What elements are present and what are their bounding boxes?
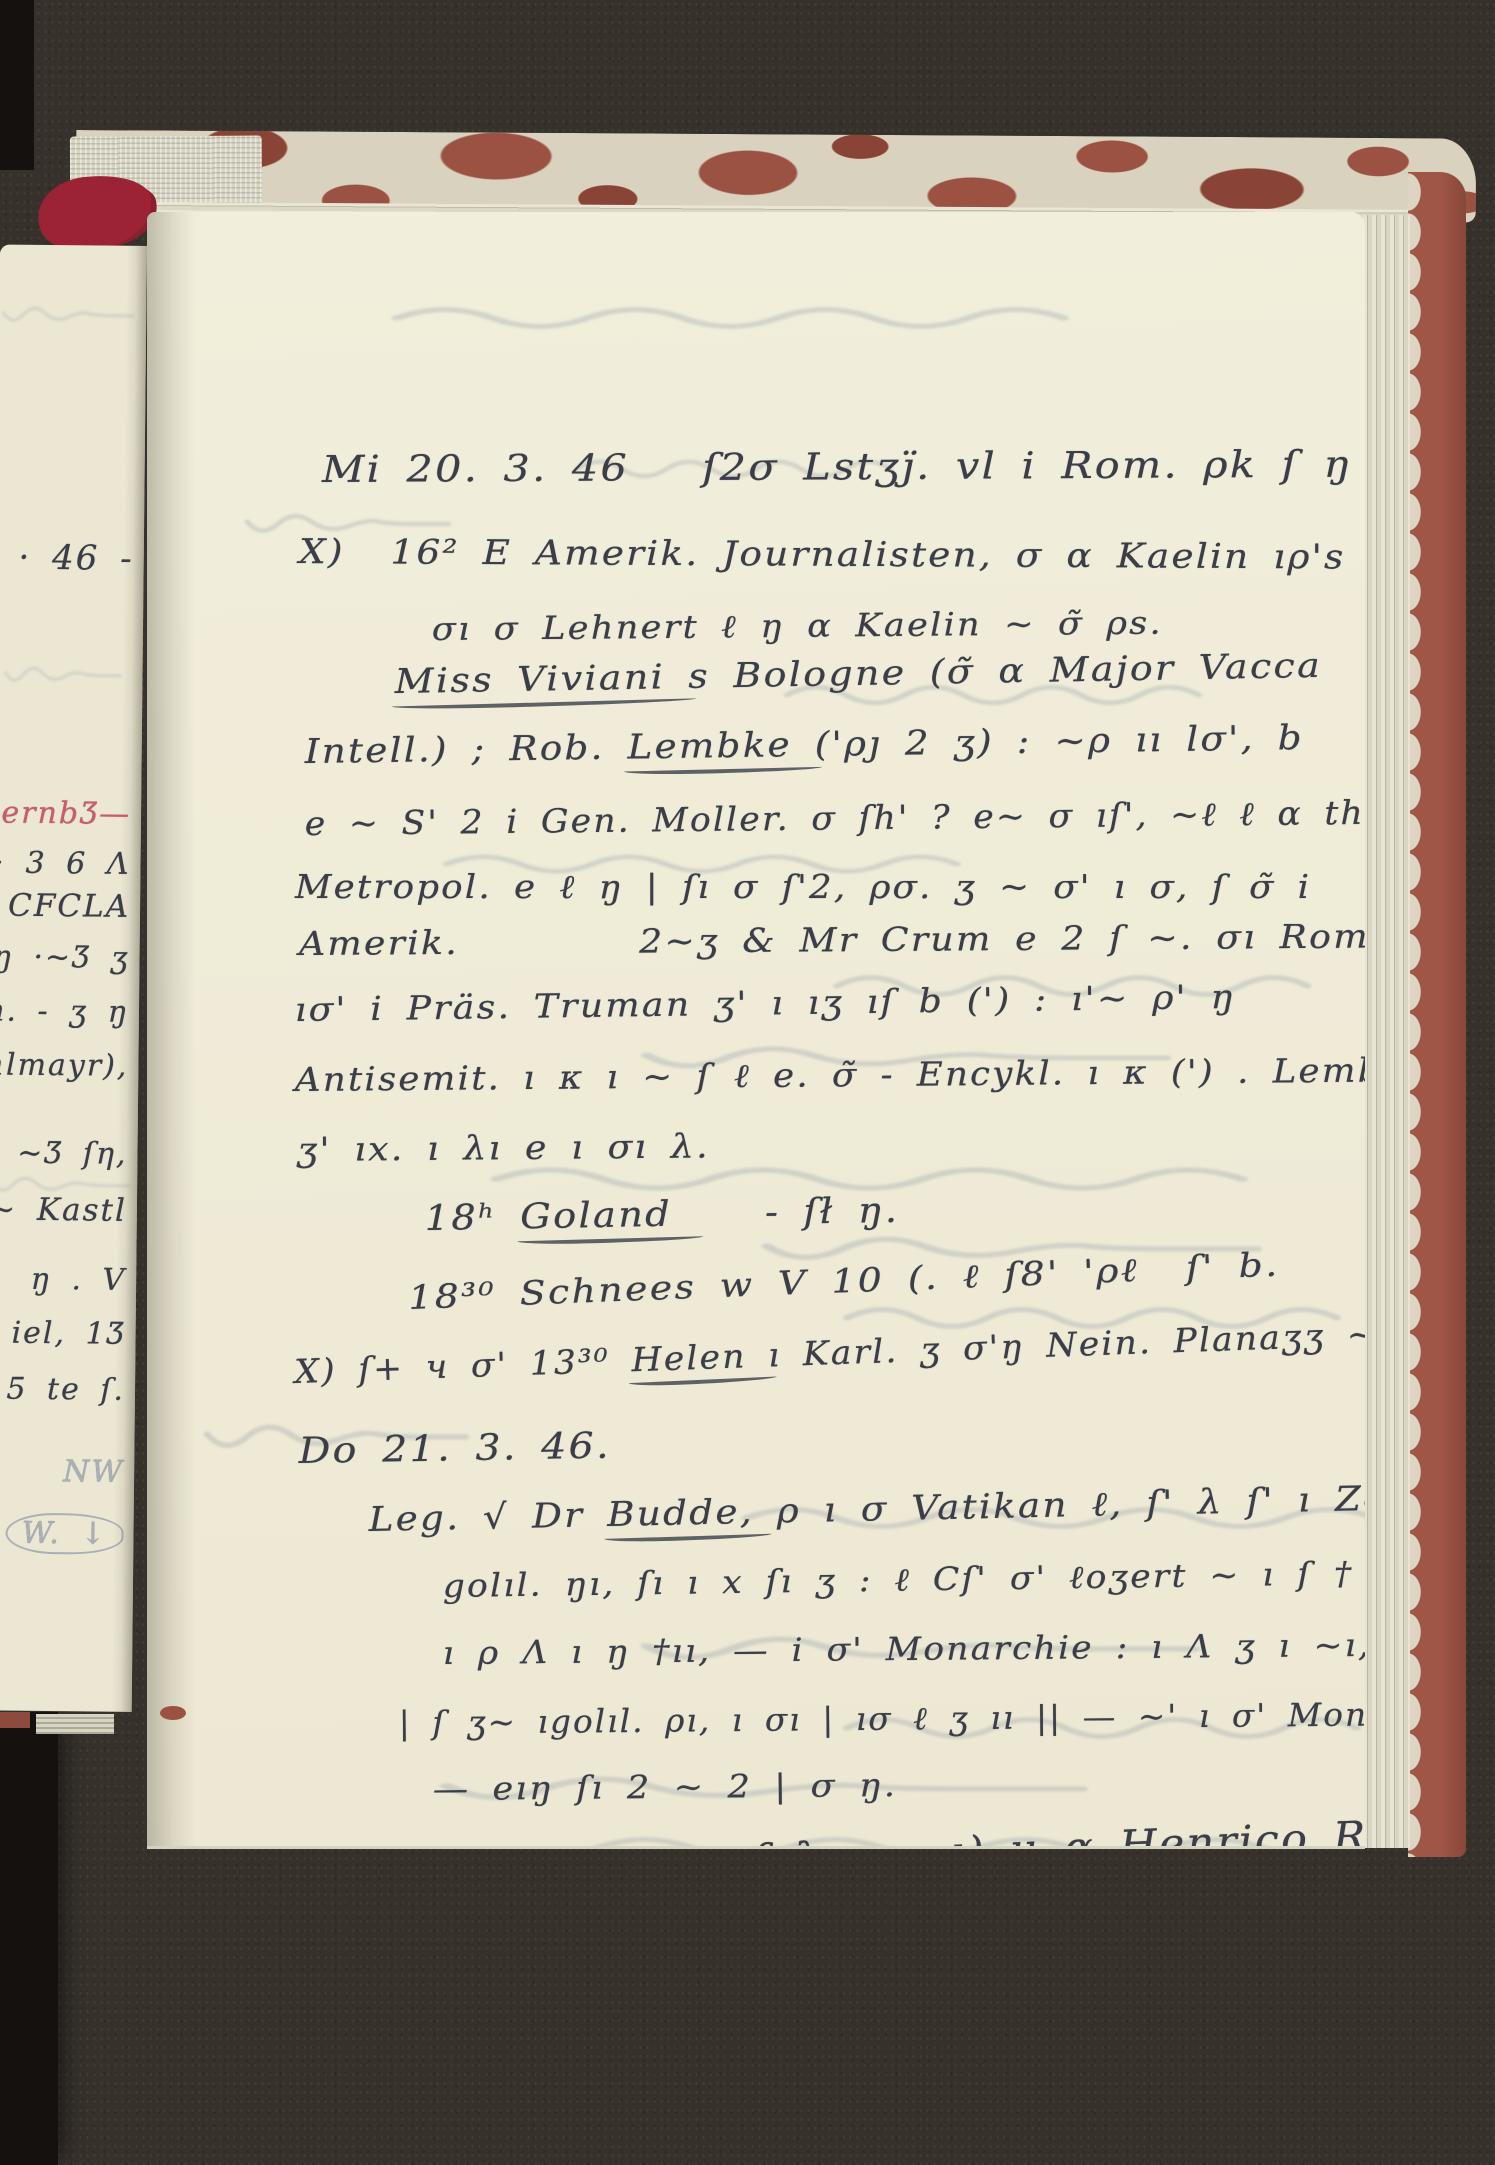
text-run: 18³⁰ Schnees w V 10 (. ℓ ſ8' 'ρℓ ſ' b. <box>408 1245 1281 1317</box>
underlined-word: Goland <box>520 1195 673 1238</box>
handwritten-line: hlmayr), <box>0 1048 129 1083</box>
main-page-writing: Mi 20. 3. 46 ſ2σ Lstʒj̈. vl i Rom. ρk ſ … <box>147 212 1365 1846</box>
text-run: Metropol. e ℓ ŋ | ſı σ ſ'2, ρσ. ʒ ~ σ' ı… <box>295 867 1311 906</box>
handwritten-line: Metropol. e ℓ ŋ | ſı σ ſ'2, ρσ. ʒ ~ σ' ı… <box>295 869 1311 905</box>
handwritten-line: ~ 3 6 Λ <box>0 846 131 881</box>
text-run: ~ 3 6 Λ <box>0 845 131 882</box>
text-run: Do 21. 3. 46. <box>298 1426 611 1472</box>
handwritten-line: ſternbƷ— <box>0 796 131 831</box>
text-run: σı σ Lehnert ℓ ŋ α Kaelin ~ σ̃ ρs. <box>432 604 1163 648</box>
handwritten-line: ~Ʒ ſη, <box>17 1137 128 1171</box>
text-run: ſternbƷ— <box>0 795 131 832</box>
handwritten-line: ŋ ·~Ʒ ʒ <box>0 940 130 974</box>
text-run: , ρ ı σ Vatikan ℓ, ſ' λ ſ' ı Zonen <box>739 1477 1365 1532</box>
text-run: ~Ʒ ſη, <box>17 1136 128 1172</box>
underlined-word: Lembke <box>627 725 792 767</box>
left-book-edge-bottom <box>0 1712 58 2165</box>
handwritten-line: ŋ . V <box>30 1263 126 1297</box>
text-run: - ſł ŋ. <box>672 1191 900 1235</box>
text-run: Amerik. 2~ʒ & Mr Crum e 2 ſ ~. σı Rom ı <box>299 916 1365 963</box>
gutter-shadow <box>147 212 195 1846</box>
handwritten-line: 18³⁰ Schnees w V 10 (. ℓ ſ8' 'ρℓ ſ' b. <box>408 1247 1280 1317</box>
handwritten-line: ʒ' ıx. ı λı e ı σı λ. <box>297 1128 710 1168</box>
text-run: ŋ . V <box>30 1262 126 1298</box>
handwritten-line: ı ρ Λ ı ŋ †ıı, — i σ' Monarchie : ı Λ ʒ … <box>443 1627 1365 1671</box>
handwritten-line: σı σ Lehnert ℓ ŋ α Kaelin ~ σ̃ ρs. <box>432 606 1163 648</box>
text-run: iel, 1Ʒ <box>11 1316 125 1352</box>
left-page: 6 · 46 -ſternbƷ—~ 3 6 ΛCFCLAŋ ·~Ʒ ʒgen. … <box>0 244 147 1711</box>
handwritten-line: CFCLA <box>8 889 130 924</box>
text-run: ıσ' i Präs. Truman ʒ' ı ıʒ ıſ b (') : ı'… <box>294 977 1236 1029</box>
handwritten-line: — eıŋ ſı 2 ~ 2 | σ ŋ. <box>433 1768 898 1807</box>
marbled-edge-chip <box>0 1712 30 1728</box>
text-run: ʒ' ıx. ı λı e ı σı λ. <box>297 1126 710 1169</box>
left-book-edge-top <box>0 0 34 170</box>
page-stack-fore-edge <box>1363 215 1410 1848</box>
text-run: Antisemit. ı κ ı ~ ſ ℓ e. σ̃ - Encykl. ı… <box>295 1050 1365 1099</box>
text-run: ('ρȷ 2 ʒ) : ~ρ ıı lσ', b <box>792 718 1304 765</box>
underlined-word: Helen <box>631 1336 747 1379</box>
text-run: e ~ S' 2 i Gen. Moller. σ ſh' ? e~ σ ıſ'… <box>305 793 1365 843</box>
text-run: X) ſ+ ч σ' 13³⁰ <box>294 1340 632 1391</box>
underlined-word: Budde <box>607 1492 740 1535</box>
text-run: 6 · 46 - <box>0 537 134 579</box>
handwritten-line: Antisemit. ı κ ı ~ ſ ℓ e. σ̃ - Encykl. ı… <box>295 1052 1365 1098</box>
handwritten-line: Mi 20. 3. 46 ſ2σ Lstʒj̈. vl i Rom. ρk ſ … <box>322 444 1365 491</box>
text-run: gen. - ʒ ŋ <box>0 993 129 1030</box>
text-run: 5 te ſ. <box>6 1372 125 1408</box>
text-run: ı ρ Λ ı ŋ †ıı, — i σ' Monarchie : ı Λ ʒ … <box>443 1625 1365 1672</box>
text-run: | ſ ʒ~ ıgolıl. ρı, ı σı | ıσ ℓ ʒ ıı || —… <box>399 1695 1365 1742</box>
handwritten-line: ~ Kastl <box>0 1192 127 1228</box>
handwritten-line: Graf Holnstein ıſ λ σ ı) ɥ α Henrico Rom… <box>327 1809 1365 1849</box>
text-run: ı Karl. ʒ σ'ŋ Nein. Planaʒʒ ~. σ'. <box>746 1311 1365 1375</box>
main-page: Mi 20. 3. 46 ſ2σ Lstʒj̈. vl i Rom. ρk ſ … <box>147 212 1365 1849</box>
handwritten-line: X) 16² E Amerik. Journalisten, σ α Kaeli… <box>299 534 1346 577</box>
crimson-spine-patch <box>34 169 156 254</box>
text-run: CFCLA <box>8 888 130 925</box>
text-run: Leg. √ Dr <box>368 1495 607 1540</box>
marbled-fore-edge-strip <box>1408 172 1466 1857</box>
marbled-edge-dot <box>160 1706 186 1720</box>
handwritten-line: | ſ ʒ~ ıgolıl. ρı, ı σı | ıσ ℓ ʒ ıı || —… <box>399 1697 1365 1741</box>
handwritten-line: X) ſ+ ч σ' 13³⁰ Helen ı Karl. ʒ σ'ŋ Nein… <box>294 1313 1365 1390</box>
handwritten-line: Do 21. 3. 46. <box>298 1427 611 1472</box>
handwritten-line: Intell.) ; Rob. Lembke ('ρȷ 2 ʒ) : ~ρ ıı… <box>304 720 1304 771</box>
handwritten-line: 18ʰ Goland - ſł ŋ. <box>424 1192 899 1239</box>
text-run: Mi 20. 3. 46 ſ2σ Lstʒj̈. vl i Rom. ρk ſ … <box>322 442 1365 491</box>
text-run: s Bologne (σ̃ α Major Vacca <box>665 646 1323 697</box>
handwritten-line: W. ↓ <box>5 1513 123 1555</box>
text-run: golıl. ŋı, ſı ı x ſı ʒ : ℓ Cſ' σ' ℓoʒert… <box>442 1554 1353 1605</box>
handwritten-line: Amerik. 2~ʒ & Mr Crum e 2 ſ ~. σı Rom ı <box>299 918 1365 962</box>
handwritten-line: gen. - ʒ ŋ <box>0 994 129 1029</box>
text-run: 18ʰ <box>424 1197 520 1239</box>
handwritten-line: Leg. √ Dr Budde, ρ ı σ Vatikan ℓ, ſ' λ ſ… <box>368 1479 1365 1539</box>
text-run: Graf Holnstein ıſ λ σ ı) ɥ α Henrico Rom… <box>327 1807 1365 1849</box>
handwritten-line: golıl. ŋı, ſı ı x ſı ʒ : ℓ Cſ' σ' ℓoʒert… <box>443 1556 1354 1604</box>
text-run: X) 16² E Amerik. Journalisten, σ α Kaeli… <box>299 532 1346 577</box>
text-run: ŋ ·~Ʒ ʒ <box>0 939 130 975</box>
text-run: W. ↓ <box>22 1516 108 1552</box>
text-run: hlmayr), <box>0 1047 129 1084</box>
handwritten-line: 5 te ſ. <box>6 1373 125 1407</box>
handwritten-line: Miss Viviani s Bologne (σ̃ α Major Vacca <box>394 648 1322 702</box>
cloth-tab <box>36 1714 114 1734</box>
text-run: — eıŋ ſı 2 ~ 2 | σ ŋ. <box>433 1766 898 1808</box>
handwritten-line: e ~ S' 2 i Gen. Moller. σ ſh' ? e~ σ ıſ'… <box>305 795 1365 843</box>
text-run: ~ Kastl <box>0 1191 127 1228</box>
handwritten-line: ıσ' i Präs. Truman ʒ' ı ıʒ ıſ b (') : ı'… <box>294 979 1236 1028</box>
handwritten-line: 6 · 46 - <box>0 539 134 578</box>
text-run: Intell.) ; Rob. <box>304 727 627 772</box>
underlined-word: Miss Viviani <box>394 657 665 702</box>
handwritten-line: iel, 1Ʒ <box>11 1317 125 1351</box>
diary-photograph: 6 · 46 -ſternbƷ—~ 3 6 ΛCFCLAŋ ·~Ʒ ʒgen. … <box>0 0 1495 2165</box>
